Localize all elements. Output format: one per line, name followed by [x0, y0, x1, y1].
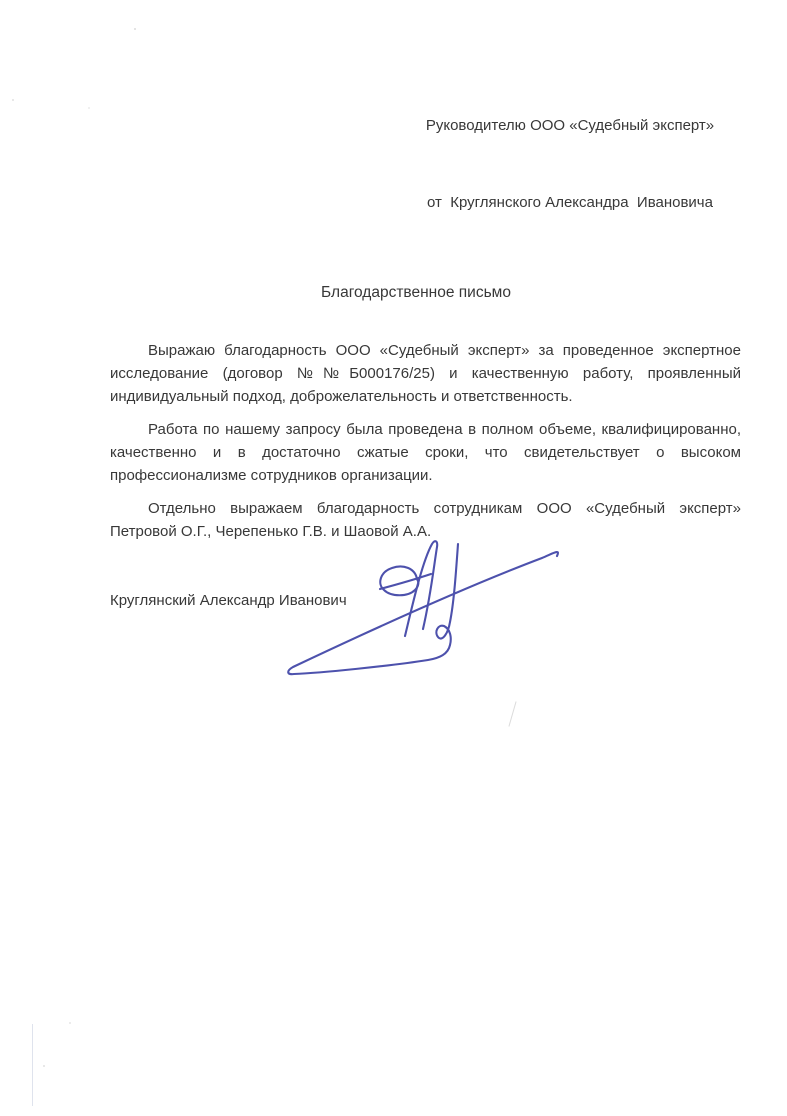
scan-slash-mark [508, 701, 516, 726]
scan-speck [134, 28, 136, 30]
letter-title: Благодарственное письмо [110, 284, 722, 302]
scan-speck [69, 1022, 71, 1024]
scan-speck [43, 1065, 45, 1067]
paragraph-gratitude: Выражаю благодарность ООО «Судебный эксп… [110, 339, 741, 408]
scan-speck [12, 99, 14, 101]
signature-strokes [288, 541, 558, 674]
sender-line: от Круглянского Александра Ивановича [388, 193, 752, 213]
scan-speck [88, 107, 90, 109]
recipient-line: Руководителю ООО «Судебный эксперт» [388, 116, 752, 136]
handwritten-signature-icon [280, 532, 574, 686]
paragraph-work-quality: Работа по нашему запросу была проведена … [110, 418, 741, 487]
letter-body: Выражаю благодарность ООО «Судебный эксп… [110, 339, 741, 553]
scan-edge-line [32, 1024, 33, 1106]
letter-page: Руководителю ООО «Судебный эксперт» от К… [0, 0, 787, 1116]
letter-header: Руководителю ООО «Судебный эксперт» от К… [388, 76, 752, 253]
